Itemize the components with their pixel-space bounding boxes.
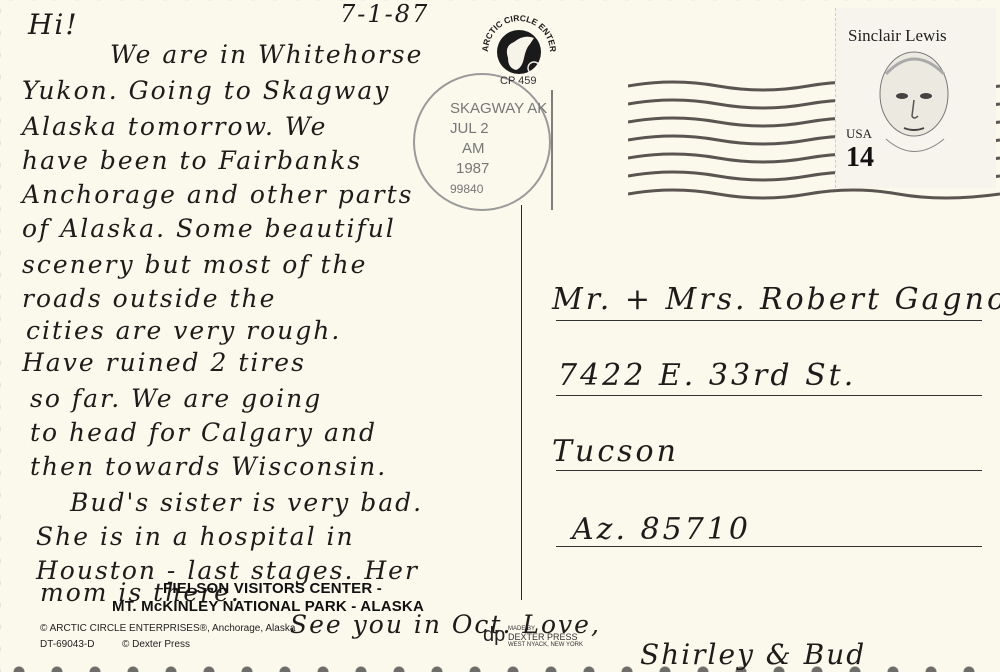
message-line: We are in Whitehorse: [110, 40, 423, 69]
printer-location: WEST NYACK, NEW YORK: [508, 642, 583, 648]
message-line: to head for Calgary and: [30, 418, 377, 447]
message-line: then towards Wisconsin.: [30, 452, 387, 481]
message-line: She is in a hospital in: [36, 522, 355, 551]
address-line-state-zip: Az. 85710: [572, 512, 751, 547]
copyright-press: © Dexter Press: [122, 639, 190, 650]
postmark-year: 1987: [456, 160, 489, 177]
address-rule: [556, 546, 982, 547]
address-rule: [556, 470, 982, 471]
copyright-publisher: © ARCTIC CIRCLE ENTERPRISES®, Anchorage,…: [40, 623, 295, 634]
message-line: roads outside the: [22, 284, 276, 313]
postmark-permit: CP 459: [500, 75, 537, 87]
message-line: of Alaska. Some beautiful: [22, 214, 396, 243]
message-line: Alaska tomorrow. We: [22, 112, 327, 141]
postage-stamp: Sinclair Lewis USA 14: [835, 8, 996, 188]
scalloped-edge-left: [0, 0, 6, 672]
caption-line-2: MT. McKINLEY NATIONAL PARK - ALASKA: [112, 598, 424, 615]
message-line: have been to Fairbanks: [22, 146, 362, 175]
signature: Shirley & Bud: [640, 638, 866, 671]
printer-name: DEXTER PRESS: [508, 632, 578, 642]
message-line: scenery but most of the: [22, 250, 367, 279]
postmark: SKAGWAY AK CP 459 JUL 2 AM 1987 99840: [410, 70, 560, 225]
postmark-date: JUL 2: [450, 120, 489, 137]
stamp-denomination: 14: [846, 142, 874, 174]
postmark-circle-icon: [410, 70, 560, 220]
message-line: Have ruined 2 tires: [22, 348, 306, 377]
stamp-country: USA: [846, 126, 872, 142]
portrait-icon: [866, 44, 966, 164]
scalloped-edge-top: [0, 0, 1000, 6]
message-line: so far. We are going: [30, 384, 322, 413]
message-line: Bud's sister is very bad.: [70, 488, 423, 517]
greeting: Hi!: [28, 8, 79, 41]
address-line-street: 7422 E. 33rd St.: [558, 358, 856, 393]
dexter-press-logo: dp: [483, 625, 505, 645]
stamp-title: Sinclair Lewis: [848, 26, 947, 46]
address-rule: [556, 395, 982, 396]
card-code: DT-69043-D: [40, 639, 94, 650]
postmark-zip: 99840: [450, 182, 483, 196]
message-line: Yukon. Going to Skagway: [22, 76, 390, 105]
message-line: cities are very rough.: [26, 316, 341, 345]
center-divider: [521, 205, 522, 600]
caption-line-1: FIELSON VISITORS CENTER -: [163, 580, 382, 597]
postcard-back: ARCTIC CIRCLE ENTERPRISES INC SKAGWAY AK…: [0, 0, 1000, 672]
message-line: Anchorage and other parts: [22, 180, 414, 209]
address-line-city: Tucson: [552, 434, 679, 469]
postmark-time: AM: [462, 140, 485, 157]
message-date: 7-1-87: [340, 0, 429, 28]
address-rule: [556, 320, 982, 321]
postmark-town: SKAGWAY AK: [450, 100, 547, 117]
address-line-name: Mr. + Mrs. Robert Gagnon: [552, 282, 1000, 317]
